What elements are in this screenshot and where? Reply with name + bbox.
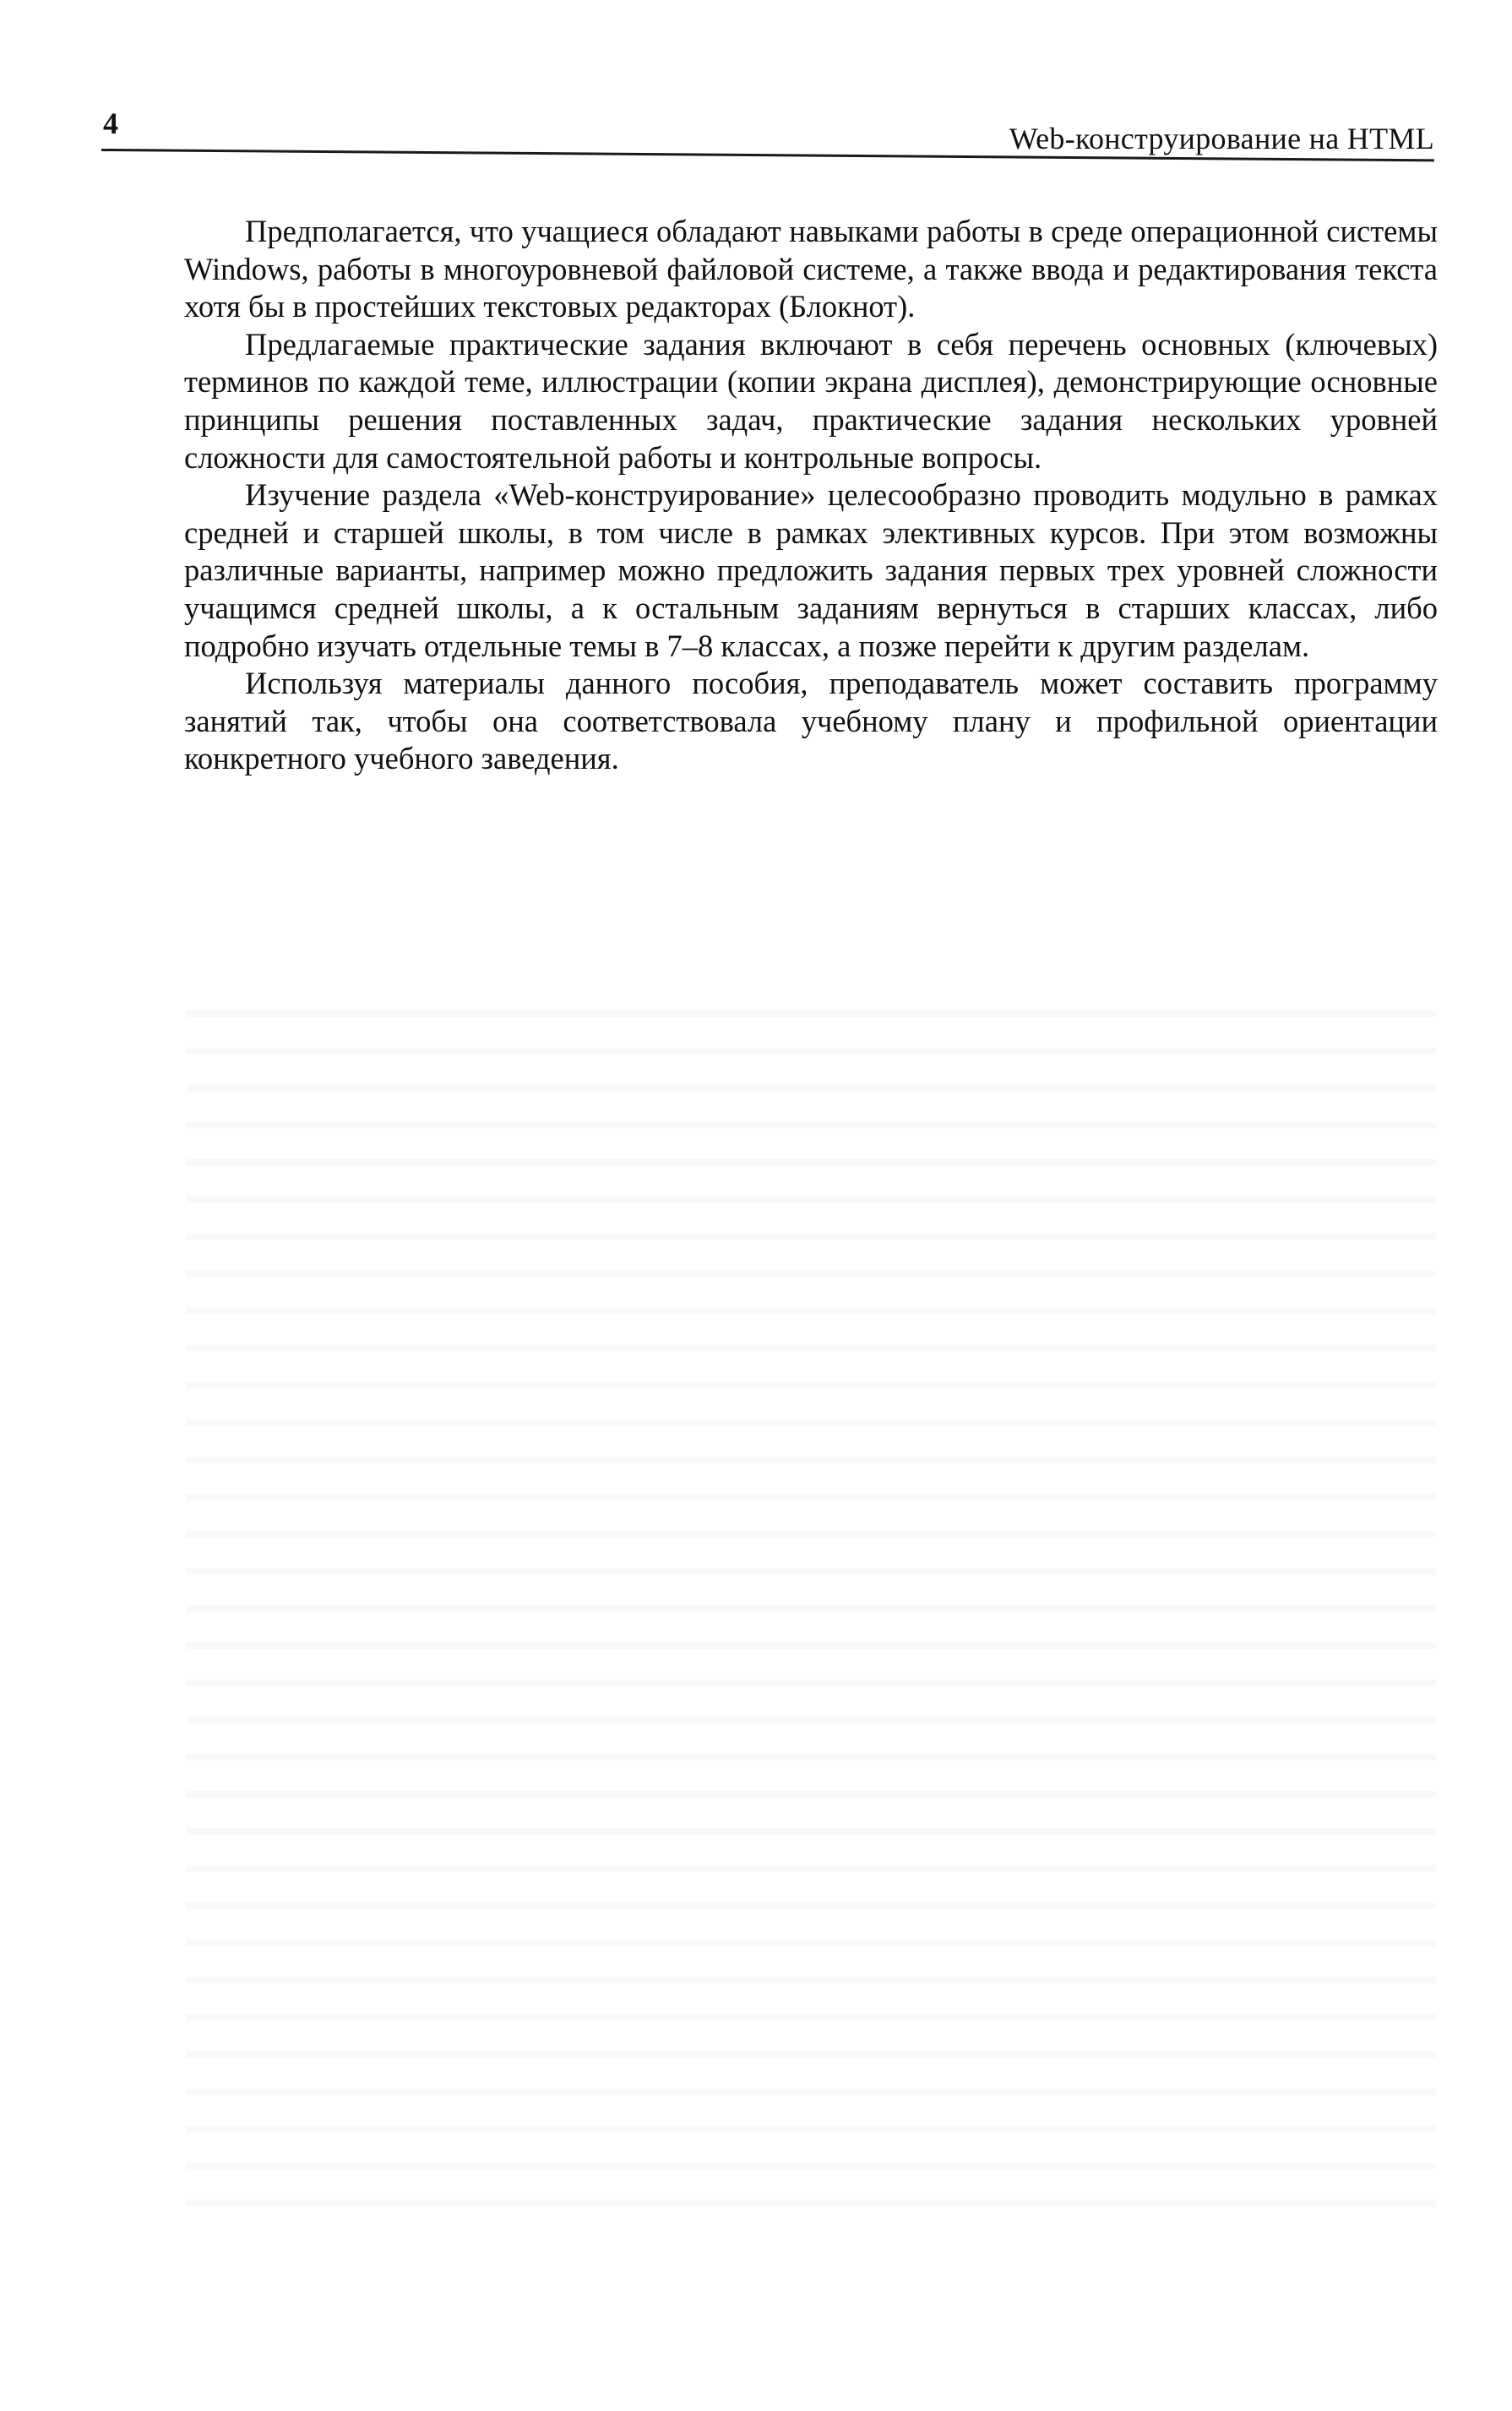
running-title: Web-конструирование на HTML [1009, 122, 1434, 155]
paragraph-study-plan: Изучение раздела «Web-конструирование» ц… [184, 476, 1438, 665]
paragraph-prerequisites: Предполагается, что учащиеся обладают на… [184, 213, 1438, 326]
paragraph-assignments: Предлагаемые практические задания включа… [184, 326, 1438, 476]
paragraph-teacher-program: Используя материалы данного пособия, пре… [184, 665, 1438, 778]
book-page: 4 Web-конструирование на HTML Предполага… [0, 0, 1512, 2411]
running-head: 4 Web-конструирование на HTML [101, 101, 1434, 155]
reverse-page-show-through [186, 980, 1436, 2230]
body-text: Предполагается, что учащиеся обладают на… [184, 213, 1438, 778]
page-number: 4 [103, 106, 118, 140]
